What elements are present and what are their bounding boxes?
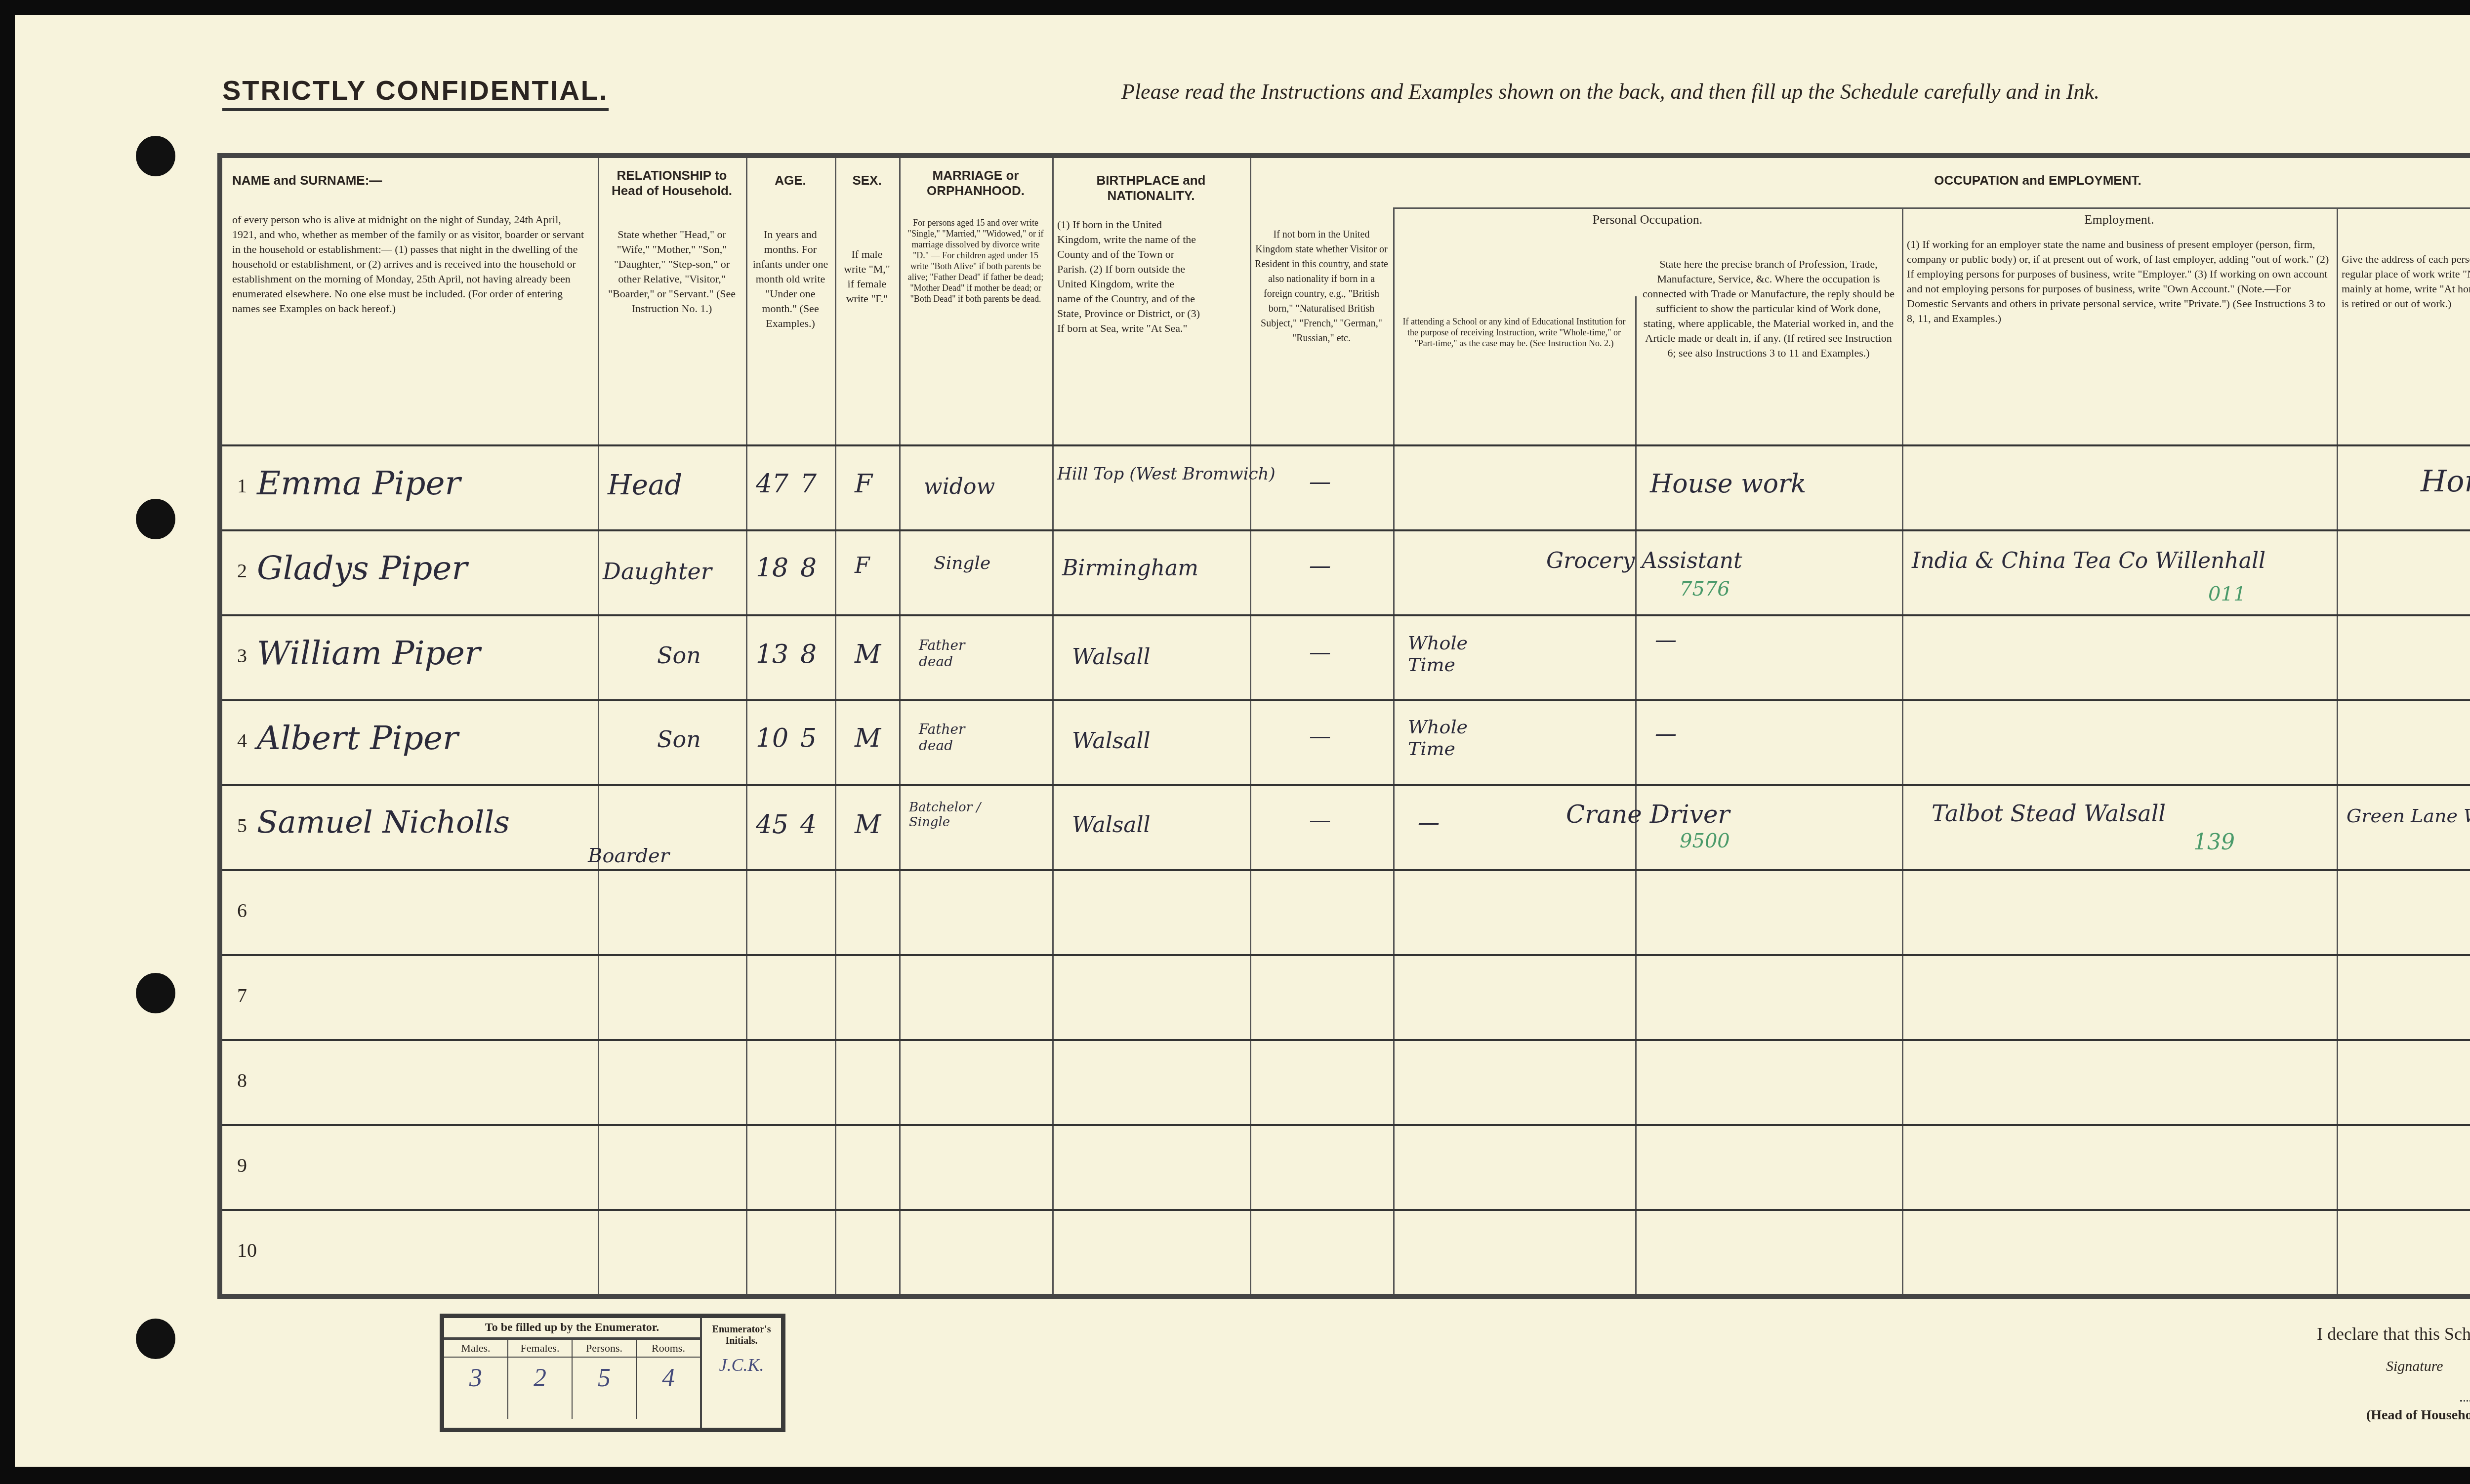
school-cell: — — [1418, 810, 1440, 835]
nationality-cell: — — [1309, 640, 1331, 665]
males-value: 3 — [444, 1358, 507, 1393]
nationality-cell: — — [1309, 469, 1331, 494]
age-years-cell: 47 — [756, 469, 788, 499]
employment-cell: India & China Tea Co Willenhall — [1912, 548, 2265, 573]
col-h-desc: If attending a School or any kind of Edu… — [1398, 316, 1630, 349]
employment-code: 011 — [2208, 583, 2246, 605]
occupation-cell: — — [1655, 721, 1677, 746]
age-months-cell: 8 — [800, 640, 817, 669]
row-number: 10 — [237, 1239, 257, 1262]
col-d-desc: If male write "M," if female write "F." — [840, 247, 894, 306]
occupation-cell: Grocery Assistant — [1546, 548, 1742, 573]
initials-value: J.C.K. — [702, 1349, 781, 1375]
age-months-cell: 7 — [800, 469, 817, 499]
school-cell: Whole Time — [1408, 632, 1462, 676]
sex-cell: M — [855, 810, 881, 840]
col-a-desc: of every person who is alive at midnight… — [232, 212, 588, 316]
row-number: 1 — [237, 474, 247, 497]
col-b-title: RELATIONSHIP to Head of Household. — [603, 168, 741, 199]
confidential-title: STRICTLY CONFIDENTIAL. — [222, 74, 609, 111]
col-m-desc: Give the address of each person's place … — [2342, 252, 2470, 311]
col-f-desc: (1) If born in the United Kingdom, write… — [1057, 217, 1200, 336]
enumerator-box-title: To be filled up by the Enumerator. — [444, 1318, 700, 1340]
col-a-title: NAME and SURNAME:— — [232, 173, 588, 188]
signature-label: Signature — [2386, 1358, 2443, 1375]
col-l-desc: (1) If working for an employer state the… — [1907, 237, 2332, 326]
place-of-work-cell: Home — [2421, 464, 2470, 499]
sex-cell: M — [855, 640, 881, 669]
row-number: 7 — [237, 984, 247, 1007]
col-c-title: AGE. — [751, 173, 830, 188]
name-cell: William Piper — [257, 634, 480, 672]
declaration-text: I declare that this Schedule is correctl… — [2317, 1324, 2470, 1344]
relationship-cell: Daughter — [603, 558, 712, 585]
age-years-cell: 45 — [756, 810, 788, 840]
persons-label: Persons. — [573, 1340, 636, 1358]
row-number: 3 — [237, 644, 247, 667]
nationality-cell: — — [1309, 553, 1331, 578]
census-schedule-page: STRICTLY CONFIDENTIAL. Please read the I… — [15, 15, 2470, 1467]
name-cell: Samuel Nicholls — [257, 804, 510, 840]
relationship-cell: Son — [657, 726, 701, 753]
name-cell: Gladys Piper — [257, 549, 467, 587]
employment-code: 139 — [2193, 830, 2235, 855]
row-number: 2 — [237, 559, 247, 582]
row-number: 8 — [237, 1069, 247, 1092]
name-cell: Emma Piper — [257, 464, 460, 502]
col-k-desc: State here the precise branch of Profess… — [1640, 257, 1897, 361]
row-number: 9 — [237, 1154, 247, 1177]
age-months-cell: 5 — [800, 723, 817, 753]
col-fg-title: BIRTHPLACE and NATIONALITY. — [1057, 173, 1245, 203]
sex-cell: F — [855, 553, 870, 578]
occupation-code: 9500 — [1680, 830, 1730, 852]
punch-hole — [136, 136, 175, 176]
marriage-cell: Batchelor / Single — [909, 800, 1008, 830]
marriage-cell: Single — [934, 553, 990, 573]
col-e-desc: For persons aged 15 and over write "Sing… — [904, 217, 1047, 304]
signature-note: (Head of Household, Manager of Establish… — [2366, 1407, 2470, 1423]
punch-hole — [136, 973, 175, 1013]
col-l-title: Employment. — [1907, 212, 2332, 227]
punch-hole — [136, 1319, 175, 1359]
employment-cell: Talbot Stead Walsall — [1932, 800, 2277, 827]
occupation-cell: House work — [1650, 469, 1806, 499]
col-c-desc: In years and months. For infants under o… — [751, 227, 830, 331]
col-occ-title: OCCUPATION and EMPLOYMENT. — [1398, 173, 2470, 188]
instructions-line: Please read the Instructions and Example… — [1121, 79, 2099, 104]
enumerator-box: To be filled up by the Enumerator. Males… — [440, 1314, 785, 1432]
col-b-desc: State whether "Head," or "Wife," "Mother… — [603, 227, 741, 316]
signature-line — [2460, 1400, 2470, 1402]
age-months-cell: 8 — [800, 553, 817, 583]
marriage-cell: widow — [924, 474, 995, 499]
sex-cell: F — [855, 469, 872, 499]
census-table: NAME and SURNAME:— of every person who i… — [217, 153, 2470, 1299]
name-cell: Albert Piper — [257, 719, 458, 757]
row-number: 5 — [237, 814, 247, 837]
age-months-cell: 4 — [800, 810, 817, 840]
occupation-cell: — — [1655, 627, 1677, 652]
birthplace-cell: Walsall — [1072, 644, 1151, 670]
birthplace-cell: Walsall — [1072, 812, 1151, 838]
row-number: 6 — [237, 899, 247, 922]
birthplace-cell: Birmingham — [1062, 556, 1198, 581]
marriage-cell: Father dead — [919, 721, 978, 754]
birthplace-cell: Walsall — [1072, 728, 1151, 754]
birthplace-cell: Hill Top (West Bromwich) — [1057, 464, 1276, 484]
row-number: 4 — [237, 729, 247, 752]
occupation-cell: Crane Driver — [1566, 800, 1729, 829]
rooms-value: 4 — [637, 1358, 700, 1393]
col-g-desc: If not born in the United Kingdom state … — [1255, 227, 1388, 346]
relationship-cell: Boarder — [588, 844, 669, 867]
age-years-cell: 18 — [756, 553, 788, 583]
marriage-cell: Father dead — [919, 637, 978, 670]
persons-value: 5 — [573, 1358, 636, 1393]
males-label: Males. — [444, 1340, 507, 1358]
nationality-cell: — — [1309, 723, 1331, 749]
age-years-cell: 13 — [756, 640, 788, 669]
age-years-cell: 10 — [756, 723, 788, 753]
school-cell: Whole Time — [1408, 716, 1462, 760]
rooms-label: Rooms. — [637, 1340, 700, 1358]
col-e-title: MARRIAGE or ORPHANHOOD. — [904, 168, 1047, 199]
place-of-work-cell: Green Lane Walsall — [2346, 805, 2470, 827]
punch-hole — [136, 499, 175, 539]
nationality-cell: — — [1309, 807, 1331, 833]
col-d-title: SEX. — [840, 173, 894, 188]
col-k-title: Personal Occupation. — [1398, 212, 1897, 227]
initials-label: Enumerator's Initials. — [702, 1318, 781, 1349]
relationship-cell: Son — [657, 642, 701, 669]
sex-cell: M — [855, 723, 881, 753]
females-label: Females. — [508, 1340, 572, 1358]
occupation-code: 7576 — [1680, 578, 1730, 601]
females-value: 2 — [508, 1358, 572, 1393]
relationship-cell: Head — [608, 469, 682, 501]
col-m-title: Place of Work. — [2342, 212, 2470, 227]
